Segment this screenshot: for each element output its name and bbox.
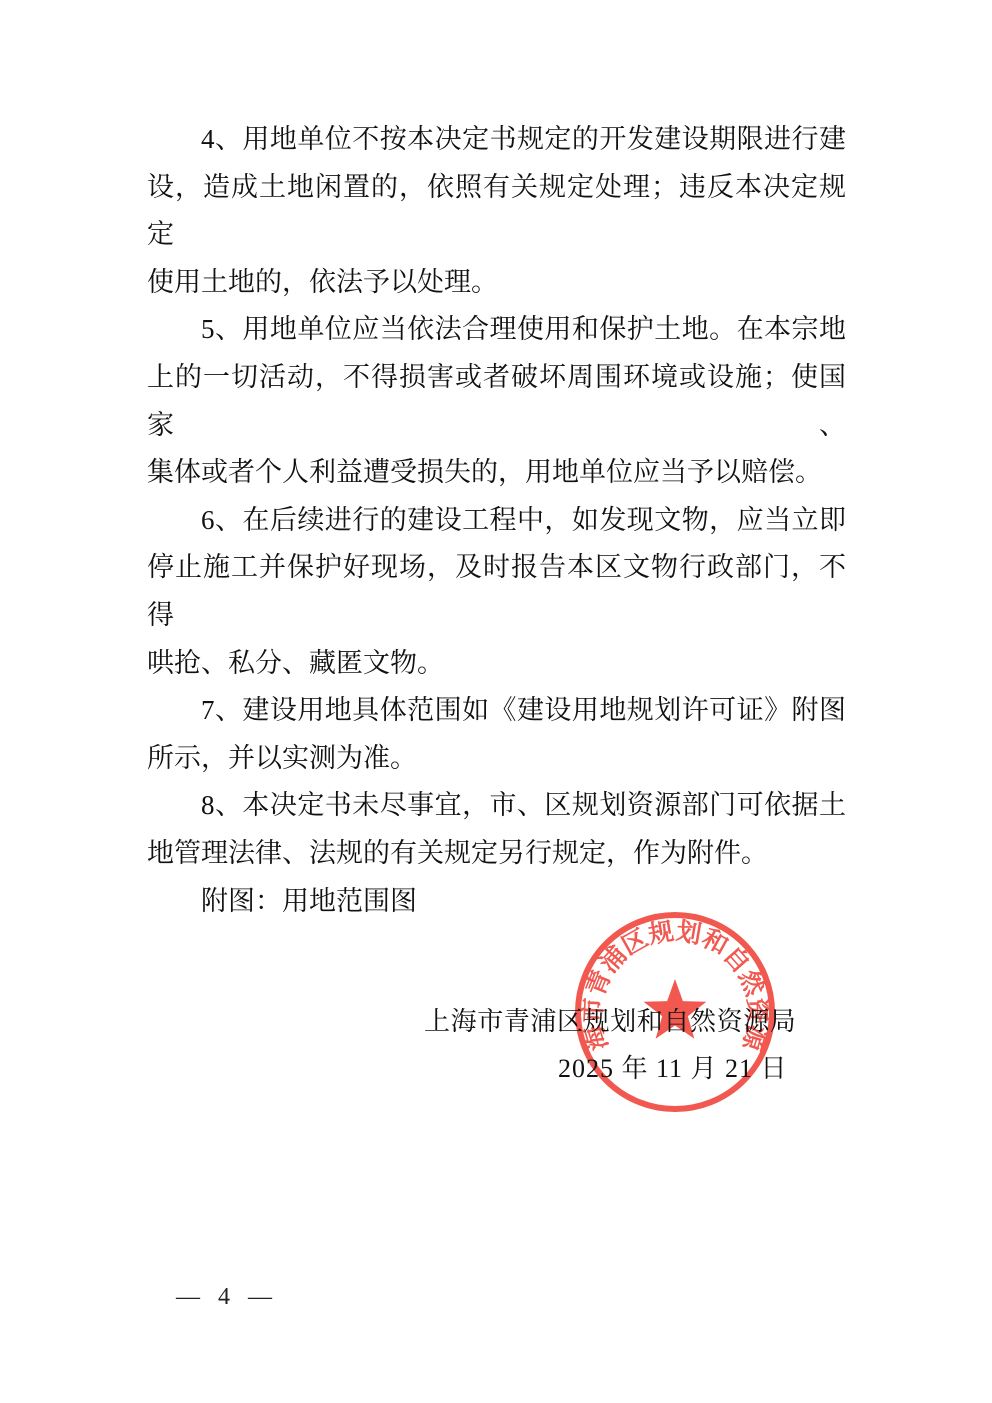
issuing-agency-name: 上海市青浦区规划和自然资源局 — [424, 1001, 796, 1038]
clause-7-line: 7、建设用地具体范围如《建设用地规划许可证》附图 — [147, 687, 846, 735]
clause-5-line: 上的一切活动，不得损害或者破坏周围环境或设施；使国家、 — [147, 354, 846, 449]
clause-4-line: 4、用地单位不按本决定书规定的开发建设期限进行建 — [147, 116, 846, 164]
clause-6-line: 哄抢、私分、藏匿文物。 — [147, 640, 846, 688]
page-number: — 4 — — [176, 1284, 272, 1311]
clause-4-line: 设，造成土地闲置的，依照有关规定处理；违反本决定规定 — [147, 164, 846, 259]
document-body: 4、用地单位不按本决定书规定的开发建设期限进行建 设，造成土地闲置的，依照有关规… — [147, 116, 846, 925]
clause-8-line: 地管理法律、法规的有关规定另行规定，作为附件。 — [147, 830, 846, 878]
attachment-note: 附图：用地范围图 — [147, 878, 846, 926]
clause-5-line: 5、用地单位应当依法合理使用和保护土地。在本宗地 — [147, 306, 846, 354]
clause-4-line: 使用土地的，依法予以处理。 — [147, 259, 846, 307]
clause-7-line: 所示，并以实测为准。 — [147, 735, 846, 783]
clause-6-line: 停止施工并保护好现场，及时报告本区文物行政部门，不得 — [147, 544, 846, 639]
clause-6-line: 6、在后续进行的建设工程中，如发现文物，应当立即 — [147, 497, 846, 545]
document-page: 4、用地单位不按本决定书规定的开发建设期限进行建 设，造成土地闲置的，依照有关规… — [0, 0, 992, 1403]
clause-5-line: 集体或者个人利益遭受损失的，用地单位应当予以赔偿。 — [147, 449, 846, 497]
clause-8-line: 8、本决定书未尽事宜，市、区规划资源部门可依据土 — [147, 782, 846, 830]
issue-date: 2025 年 11 月 21 日 — [558, 1048, 788, 1085]
